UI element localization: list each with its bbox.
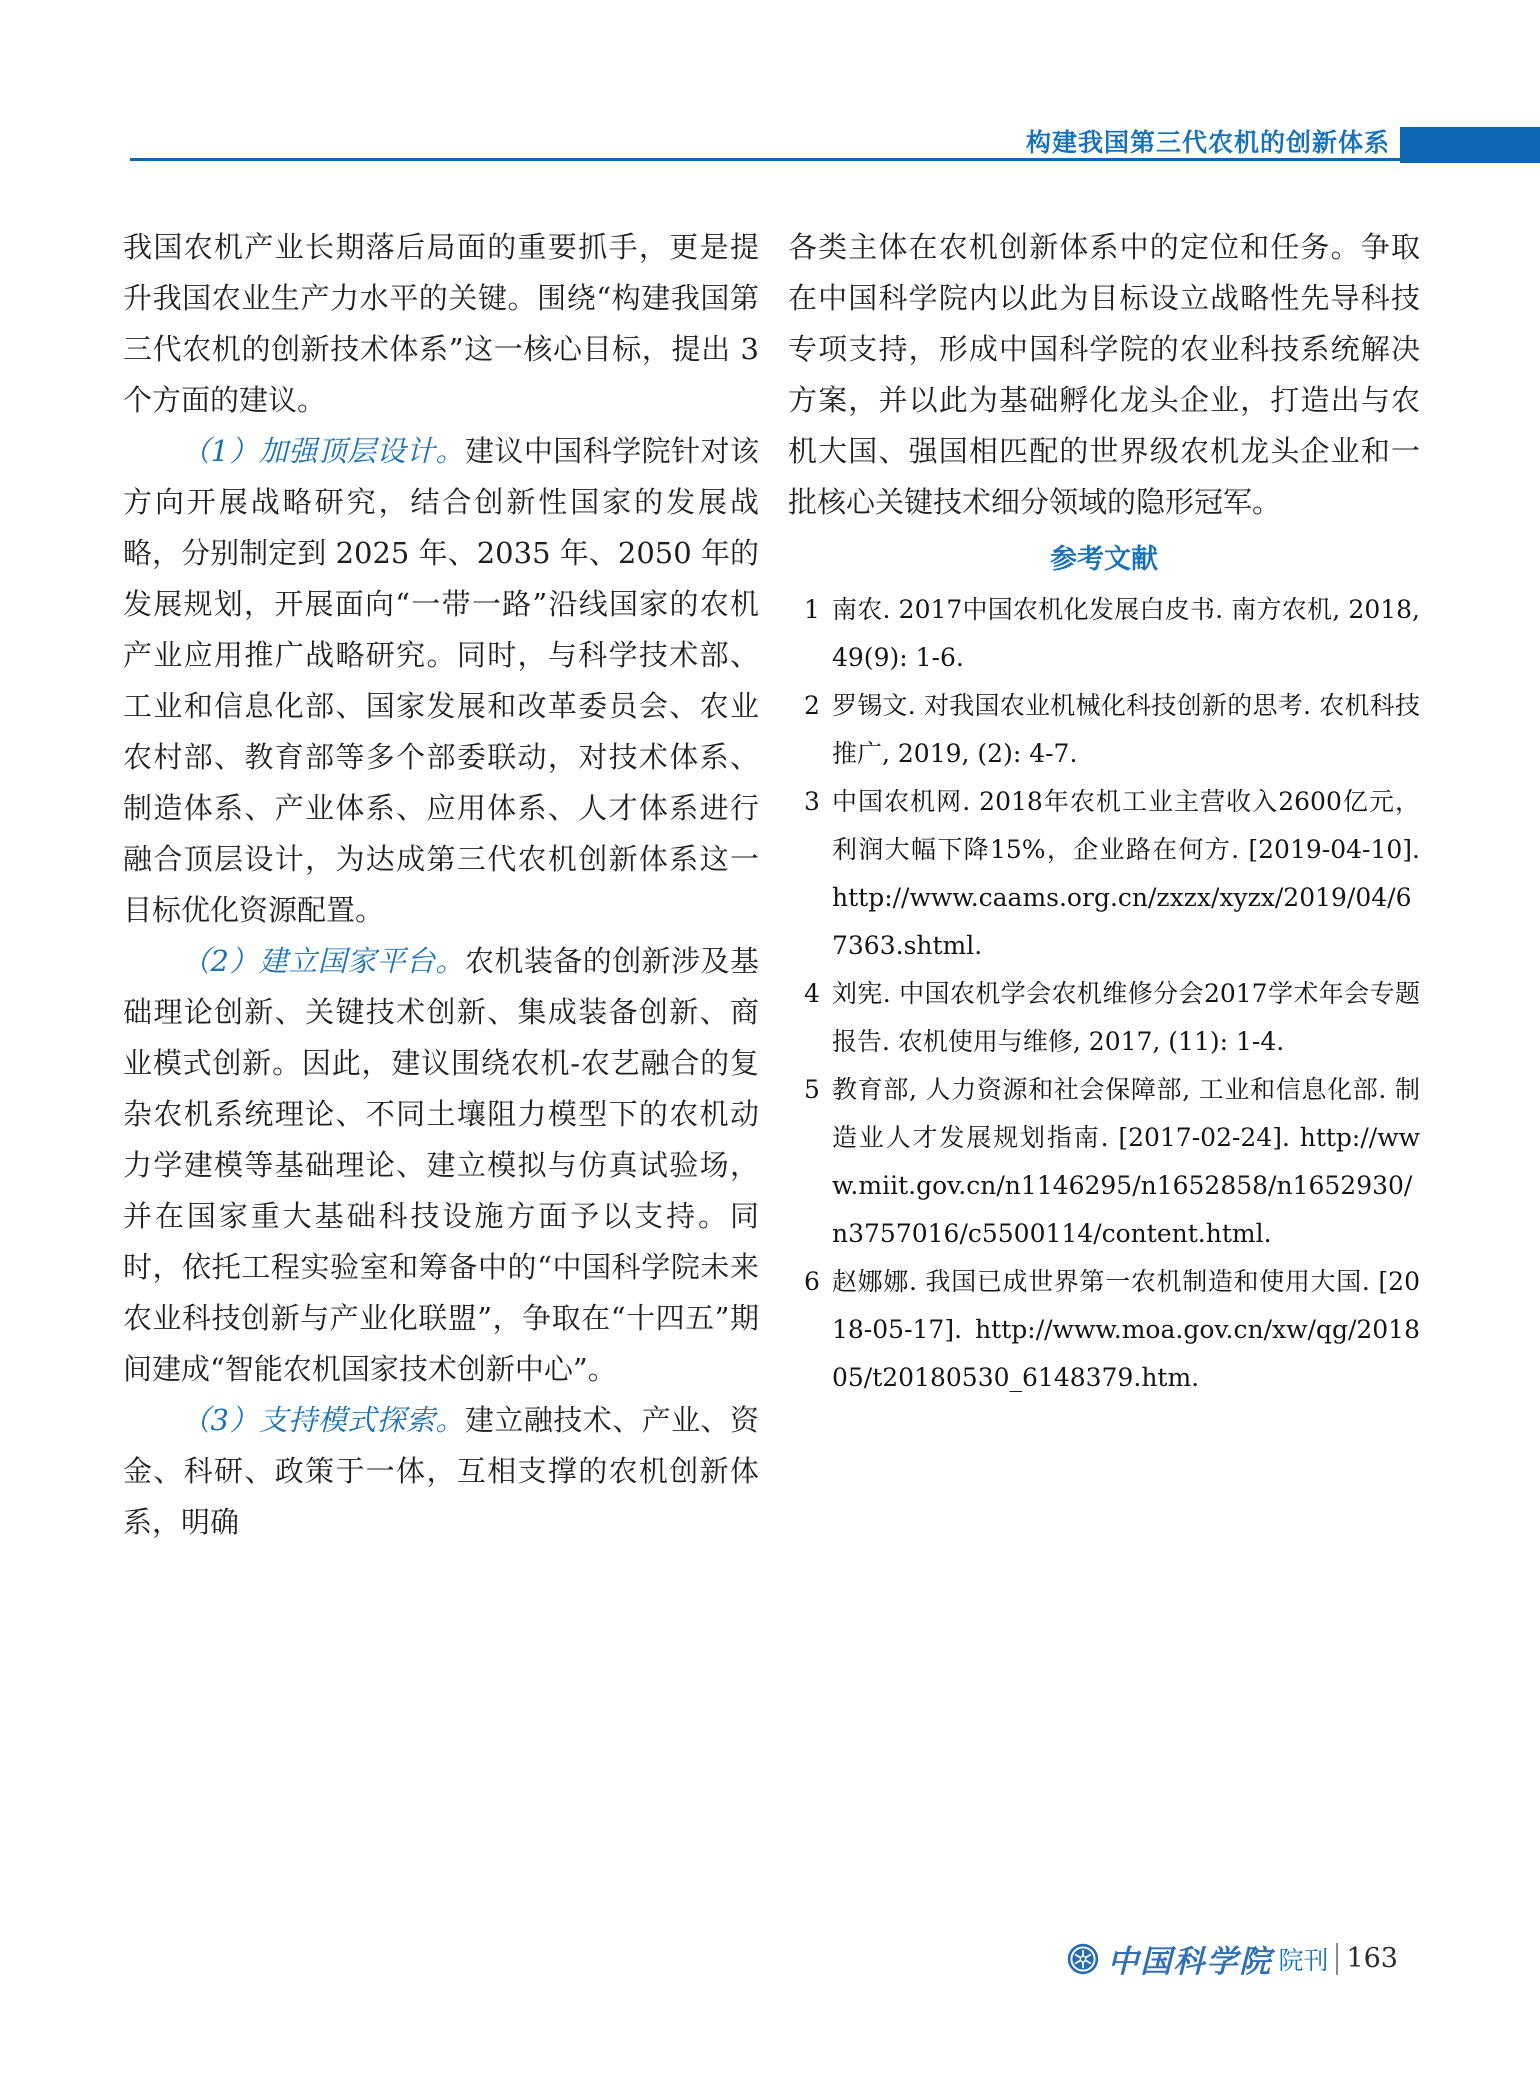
reference-item: 1南农. 2017中国农机化发展白皮书. 南方农机, 2018, 49(9): …	[788, 586, 1420, 682]
paragraph: （1）加强顶层设计。建议中国科学院针对该方向开展战略研究，结合创新性国家的发展战…	[123, 426, 759, 936]
footer-divider	[1336, 1943, 1338, 1975]
reference-number: 3	[804, 778, 820, 826]
reference-item: 3中国农机网. 2018年农机工业主营收入2600亿元，利润大幅下降15%，企业…	[788, 778, 1420, 970]
reference-text: 赵娜娜. 我国已成世界第一农机制造和使用大国. [2018-05-17]. ht…	[832, 1267, 1420, 1392]
reference-item: 2罗锡文. 对我国农业机械化科技创新的思考. 农机科技推广, 2019, (2)…	[788, 682, 1420, 778]
reference-number: 6	[804, 1258, 820, 1306]
reference-number: 1	[804, 586, 820, 634]
journal-name: 院刊	[1278, 1941, 1328, 1977]
page-number: 163	[1346, 1943, 1398, 1974]
reference-item: 6赵娜娜. 我国已成世界第一农机制造和使用大国. [2018-05-17]. h…	[788, 1258, 1420, 1402]
left-column: 我国农机产业长期落后局面的重要抓手，更是提升我国农业生产力水平的关键。围绕“构建…	[123, 222, 759, 1548]
cas-logo-icon	[1067, 1943, 1099, 1975]
references-list: 1南农. 2017中国农机化发展白皮书. 南方农机, 2018, 49(9): …	[788, 586, 1420, 1402]
paragraph-blue-heading: （1）加强顶层设计。	[181, 434, 465, 468]
brand-name: 中国科学院	[1107, 1936, 1272, 1981]
reference-item: 5教育部, 人力资源和社会保障部, 工业和信息化部. 制造业人才发展规划指南. …	[788, 1066, 1420, 1258]
reference-text: 刘宪. 中国农机学会农机维修分会2017学术年会专题报告. 农机使用与维修, 2…	[832, 979, 1420, 1056]
running-title: 构建我国第三代农机的创新体系	[1026, 123, 1390, 159]
references-title: 参考文献	[788, 540, 1420, 580]
reference-text: 南农. 2017中国农机化发展白皮书. 南方农机, 2018, 49(9): 1…	[832, 595, 1420, 672]
journal-page: 构建我国第三代农机的创新体系 我国农机产业长期落后局面的重要抓手，更是提升我国农…	[0, 0, 1540, 2075]
reference-number: 4	[804, 970, 820, 1018]
footer: 中国科学院 院刊 163	[1067, 1936, 1398, 1981]
paragraph: 我国农机产业长期落后局面的重要抓手，更是提升我国农业生产力水平的关键。围绕“构建…	[123, 222, 759, 426]
reference-text: 教育部, 人力资源和社会保障部, 工业和信息化部. 制造业人才发展规划指南. […	[832, 1075, 1420, 1248]
reference-text: 罗锡文. 对我国农业机械化科技创新的思考. 农机科技推广, 2019, (2):…	[832, 691, 1420, 768]
right-column: 各类主体在农机创新体系中的定位和任务。争取在中国科学院内以此为目标设立战略性先导…	[788, 222, 1420, 1402]
reference-number: 5	[804, 1066, 820, 1114]
header-rule	[130, 158, 1540, 161]
paragraph-blue-heading: （2）建立国家平台。	[181, 944, 465, 978]
reference-text: 中国农机网. 2018年农机工业主营收入2600亿元，利润大幅下降15%，企业路…	[832, 787, 1420, 960]
lead-paragraph: 各类主体在农机创新体系中的定位和任务。争取在中国科学院内以此为目标设立战略性先导…	[788, 222, 1420, 528]
paragraph-blue-heading: （3）支持模式探索。	[181, 1403, 465, 1437]
paragraph: （2）建立国家平台。农机装备的创新涉及基础理论创新、关键技术创新、集成装备创新、…	[123, 936, 759, 1395]
reference-number: 2	[804, 682, 820, 730]
reference-item: 4刘宪. 中国农机学会农机维修分会2017学术年会专题报告. 农机使用与维修, …	[788, 970, 1420, 1066]
paragraph: （3）支持模式探索。建立融技术、产业、资金、科研、政策于一体，互相支撑的农机创新…	[123, 1395, 759, 1548]
